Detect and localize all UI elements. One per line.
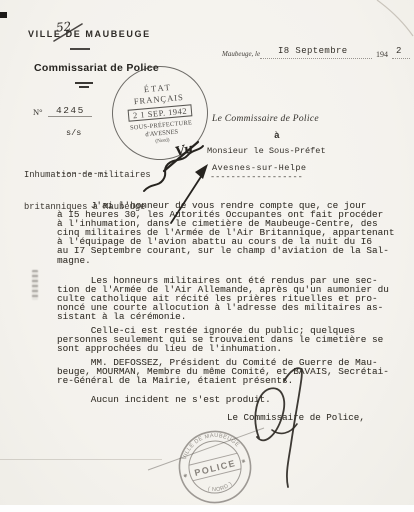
- dateline-place: Maubeuge, le: [222, 50, 260, 58]
- scan-crease-line: [377, 0, 413, 36]
- body-line: magne.: [57, 256, 395, 265]
- handwritten-overwrite: 52: [55, 19, 72, 35]
- scan-edge-mark: [0, 12, 7, 18]
- margin-smudge: [32, 270, 38, 300]
- letterhead-city: VILLE DE MAUBEUGE: [28, 29, 151, 39]
- dateline-dotted-rule: [392, 58, 410, 59]
- pen-arrow-head: [195, 164, 208, 179]
- paragraph: Les honneurs militaires ont été rendus p…: [57, 276, 389, 321]
- paragraph: J'ai l'honneur de vous rendre compte que…: [57, 201, 395, 265]
- subject-ref: s/s: [66, 128, 81, 138]
- scan-bottom-edge: [0, 505, 414, 512]
- body-line: au I7 Septembre courant, sur le champ d'…: [57, 246, 395, 255]
- stamp-star-icon: ✱: [183, 473, 189, 480]
- stamp-text: FRANÇAIS: [133, 91, 184, 105]
- body-line: re-Général de la Mairie, étaient présent…: [57, 376, 389, 385]
- dateline-date: I8 Septembre: [278, 46, 348, 56]
- subject-underline: ----------: [56, 169, 109, 179]
- reference-underline: [48, 116, 92, 117]
- addressee: Monsieur le Sous-Préfet: [207, 146, 326, 156]
- paragraph: Celle-ci est restée ignorée du public; q…: [57, 326, 383, 353]
- reference-number: 4245: [56, 105, 85, 116]
- addressee-underline: ------------------: [210, 172, 303, 182]
- stamp-star-icon: ✱: [241, 458, 247, 465]
- salutation: à: [274, 130, 280, 141]
- stamp-text: (Nord): [155, 137, 170, 144]
- paragraph: MM. DEFOSSEZ, Président du Comité de Gue…: [57, 358, 389, 385]
- scanned-letter-page: VILLE DE MAUBEUGE 52 Commissariat de Pol…: [0, 0, 414, 512]
- letterhead-dash: [79, 86, 89, 88]
- dateline-dotted-rule: [260, 58, 372, 59]
- letterhead-dash: [75, 82, 93, 84]
- signature-cross: [272, 424, 297, 433]
- svg-text:( NORD ): ( NORD ): [206, 480, 235, 496]
- letterhead-rule: [70, 48, 90, 50]
- reference-label: N°: [33, 107, 43, 117]
- faint-fold-line: [0, 459, 162, 460]
- handwritten-vu: Vu: [173, 140, 194, 159]
- body-line: sont approchées du lieu de l'inhumation.: [57, 344, 383, 353]
- sender-title: Le Commissaire de Police: [212, 114, 319, 124]
- police-stamp: POLICE VILLE DE MAUBEUGE ( NORD ) ✱ ✱: [167, 420, 263, 512]
- dateline-year-typed: 2: [396, 46, 401, 56]
- dateline-year-printed: 194: [376, 50, 388, 59]
- closing-line: Aucun incident ne s'est produit.: [57, 394, 271, 405]
- body-line: sistant à la cérémonie.: [57, 312, 389, 321]
- stamp-arc-bottom-text: ( NORD ): [206, 480, 235, 496]
